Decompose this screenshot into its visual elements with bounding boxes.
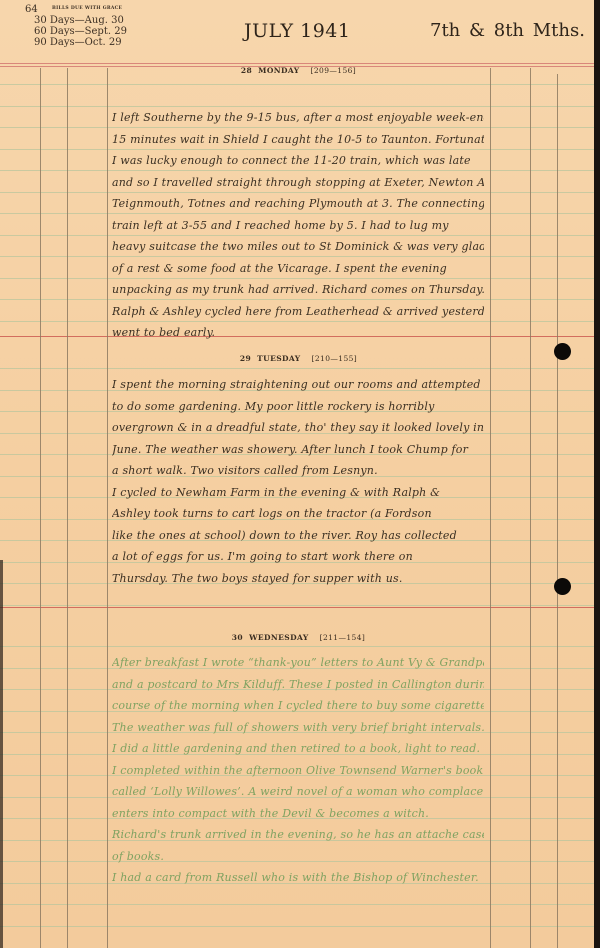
months-label: 7th & 8th Mths. bbox=[430, 20, 585, 41]
day-range: [210—155] bbox=[312, 354, 358, 363]
handwritten-line: I had a card from Russell who is with th… bbox=[112, 867, 484, 889]
handwritten-line: train left at 3-55 and I reached home by… bbox=[112, 215, 484, 237]
handwritten-line: The weather was full of showers with ver… bbox=[112, 717, 484, 739]
handwritten-line: enters into compact with the Devil & bec… bbox=[112, 803, 484, 825]
page-number: 64 bbox=[25, 4, 38, 15]
day-date: 30 bbox=[232, 633, 243, 642]
handwritten-line: I cycled to Newham Farm in the evening &… bbox=[112, 482, 484, 504]
bills-due-30: 30 Days—Aug. 30 bbox=[34, 15, 127, 26]
handwritten-line: like the ones at school) down to the riv… bbox=[112, 525, 484, 547]
handwritten-line: After breakfast I wrote “thank-you” lett… bbox=[112, 652, 484, 674]
handwritten-line: Teignmouth, Totnes and reaching Plymouth… bbox=[112, 193, 484, 215]
ruled-line bbox=[0, 646, 594, 647]
handwritten-line: Ashley took turns to cart logs on the tr… bbox=[112, 503, 484, 525]
margin-line bbox=[40, 68, 41, 948]
punch-hole bbox=[554, 343, 571, 360]
margin-line bbox=[530, 68, 531, 948]
handwritten-line: and a postcard to Mrs Kilduff. These I p… bbox=[112, 674, 484, 696]
page-edge-left bbox=[0, 560, 3, 948]
bills-due-60: 60 Days—Sept. 29 bbox=[34, 26, 127, 37]
diary-entry-28: I left Southerne by the 9-15 bus, after … bbox=[112, 107, 484, 344]
handwritten-line: I did a little gardening and then retire… bbox=[112, 738, 484, 760]
handwritten-line: I spent the morning straightening out ou… bbox=[112, 374, 484, 396]
page-title: JULY 1941 bbox=[244, 20, 350, 42]
handwritten-line: Richard's trunk arrived in the evening, … bbox=[112, 824, 484, 846]
margin-line bbox=[67, 68, 68, 948]
day-date: 29 bbox=[240, 354, 251, 363]
handwritten-line: overgrown & in a dreadful state, tho' th… bbox=[112, 417, 484, 439]
handwritten-line: 15 minutes wait in Shield I caught the 1… bbox=[112, 129, 484, 151]
handwritten-line: Ralph & Ashley cycled here from Leatherh… bbox=[112, 301, 484, 323]
day-range: [209—156] bbox=[311, 66, 357, 75]
handwritten-line: called ‘Lolly Willowes’. A weird novel o… bbox=[112, 781, 484, 803]
handwritten-line: of a rest & some food at the Vicarage. I… bbox=[112, 258, 484, 280]
handwritten-line: a short walk. Two visitors called from L… bbox=[112, 460, 484, 482]
handwritten-line: I was lucky enough to connect the 11-20 … bbox=[112, 150, 484, 172]
punch-hole bbox=[554, 578, 571, 595]
bills-due-list: 30 Days—Aug. 30 60 Days—Sept. 29 90 Days… bbox=[34, 15, 127, 48]
ruled-line bbox=[0, 904, 594, 905]
header-rule-top bbox=[0, 63, 594, 64]
handwritten-line: went to bed early. bbox=[112, 322, 484, 344]
margin-line bbox=[107, 68, 108, 948]
ruled-line bbox=[0, 84, 594, 85]
page-edge bbox=[594, 0, 600, 948]
handwritten-line: unpacking as my trunk had arrived. Richa… bbox=[112, 279, 484, 301]
day-weekday: MONDAY bbox=[258, 66, 299, 75]
handwritten-line: Thursday. The two boys stayed for supper… bbox=[112, 568, 484, 590]
handwritten-line: heavy suitcase the two miles out to St D… bbox=[112, 236, 484, 258]
day-heading-28: 28 MONDAY [209—156] bbox=[107, 66, 490, 75]
handwritten-line: a lot of eggs for us. I'm going to start… bbox=[112, 546, 484, 568]
ruled-line bbox=[0, 605, 594, 606]
day-weekday: TUESDAY bbox=[257, 354, 300, 363]
day-heading-29: 29 TUESDAY [210—155] bbox=[107, 354, 490, 363]
diary-page: 64 BILLS DUE WITH GRACE 30 Days—Aug. 30 … bbox=[0, 0, 594, 948]
handwritten-line: I completed within the afternoon Olive T… bbox=[112, 760, 484, 782]
handwritten-line: of books. bbox=[112, 846, 484, 868]
day-heading-30: 30 WEDNESDAY [211—154] bbox=[107, 633, 490, 642]
day-separator bbox=[0, 607, 594, 608]
day-date: 28 bbox=[241, 66, 252, 75]
day-weekday: WEDNESDAY bbox=[249, 633, 309, 642]
handwritten-line: course of the morning when I cycled ther… bbox=[112, 695, 484, 717]
diary-entry-29: I spent the morning straightening out ou… bbox=[112, 374, 484, 589]
handwritten-line: to do some gardening. My poor little roc… bbox=[112, 396, 484, 418]
handwritten-line: and so I travelled straight through stop… bbox=[112, 172, 484, 194]
bills-due-title: BILLS DUE WITH GRACE bbox=[52, 6, 122, 11]
handwritten-line: June. The weather was showery. After lun… bbox=[112, 439, 484, 461]
ruled-line bbox=[0, 368, 594, 369]
bills-due-90: 90 Days—Oct. 29 bbox=[34, 37, 127, 48]
day-range: [211—154] bbox=[320, 633, 366, 642]
handwritten-line: I left Southerne by the 9-15 bus, after … bbox=[112, 107, 484, 129]
diary-entry-30: After breakfast I wrote “thank-you” lett… bbox=[112, 652, 484, 889]
margin-line bbox=[490, 68, 491, 948]
ruled-line bbox=[0, 926, 594, 927]
margin-line bbox=[557, 74, 558, 948]
